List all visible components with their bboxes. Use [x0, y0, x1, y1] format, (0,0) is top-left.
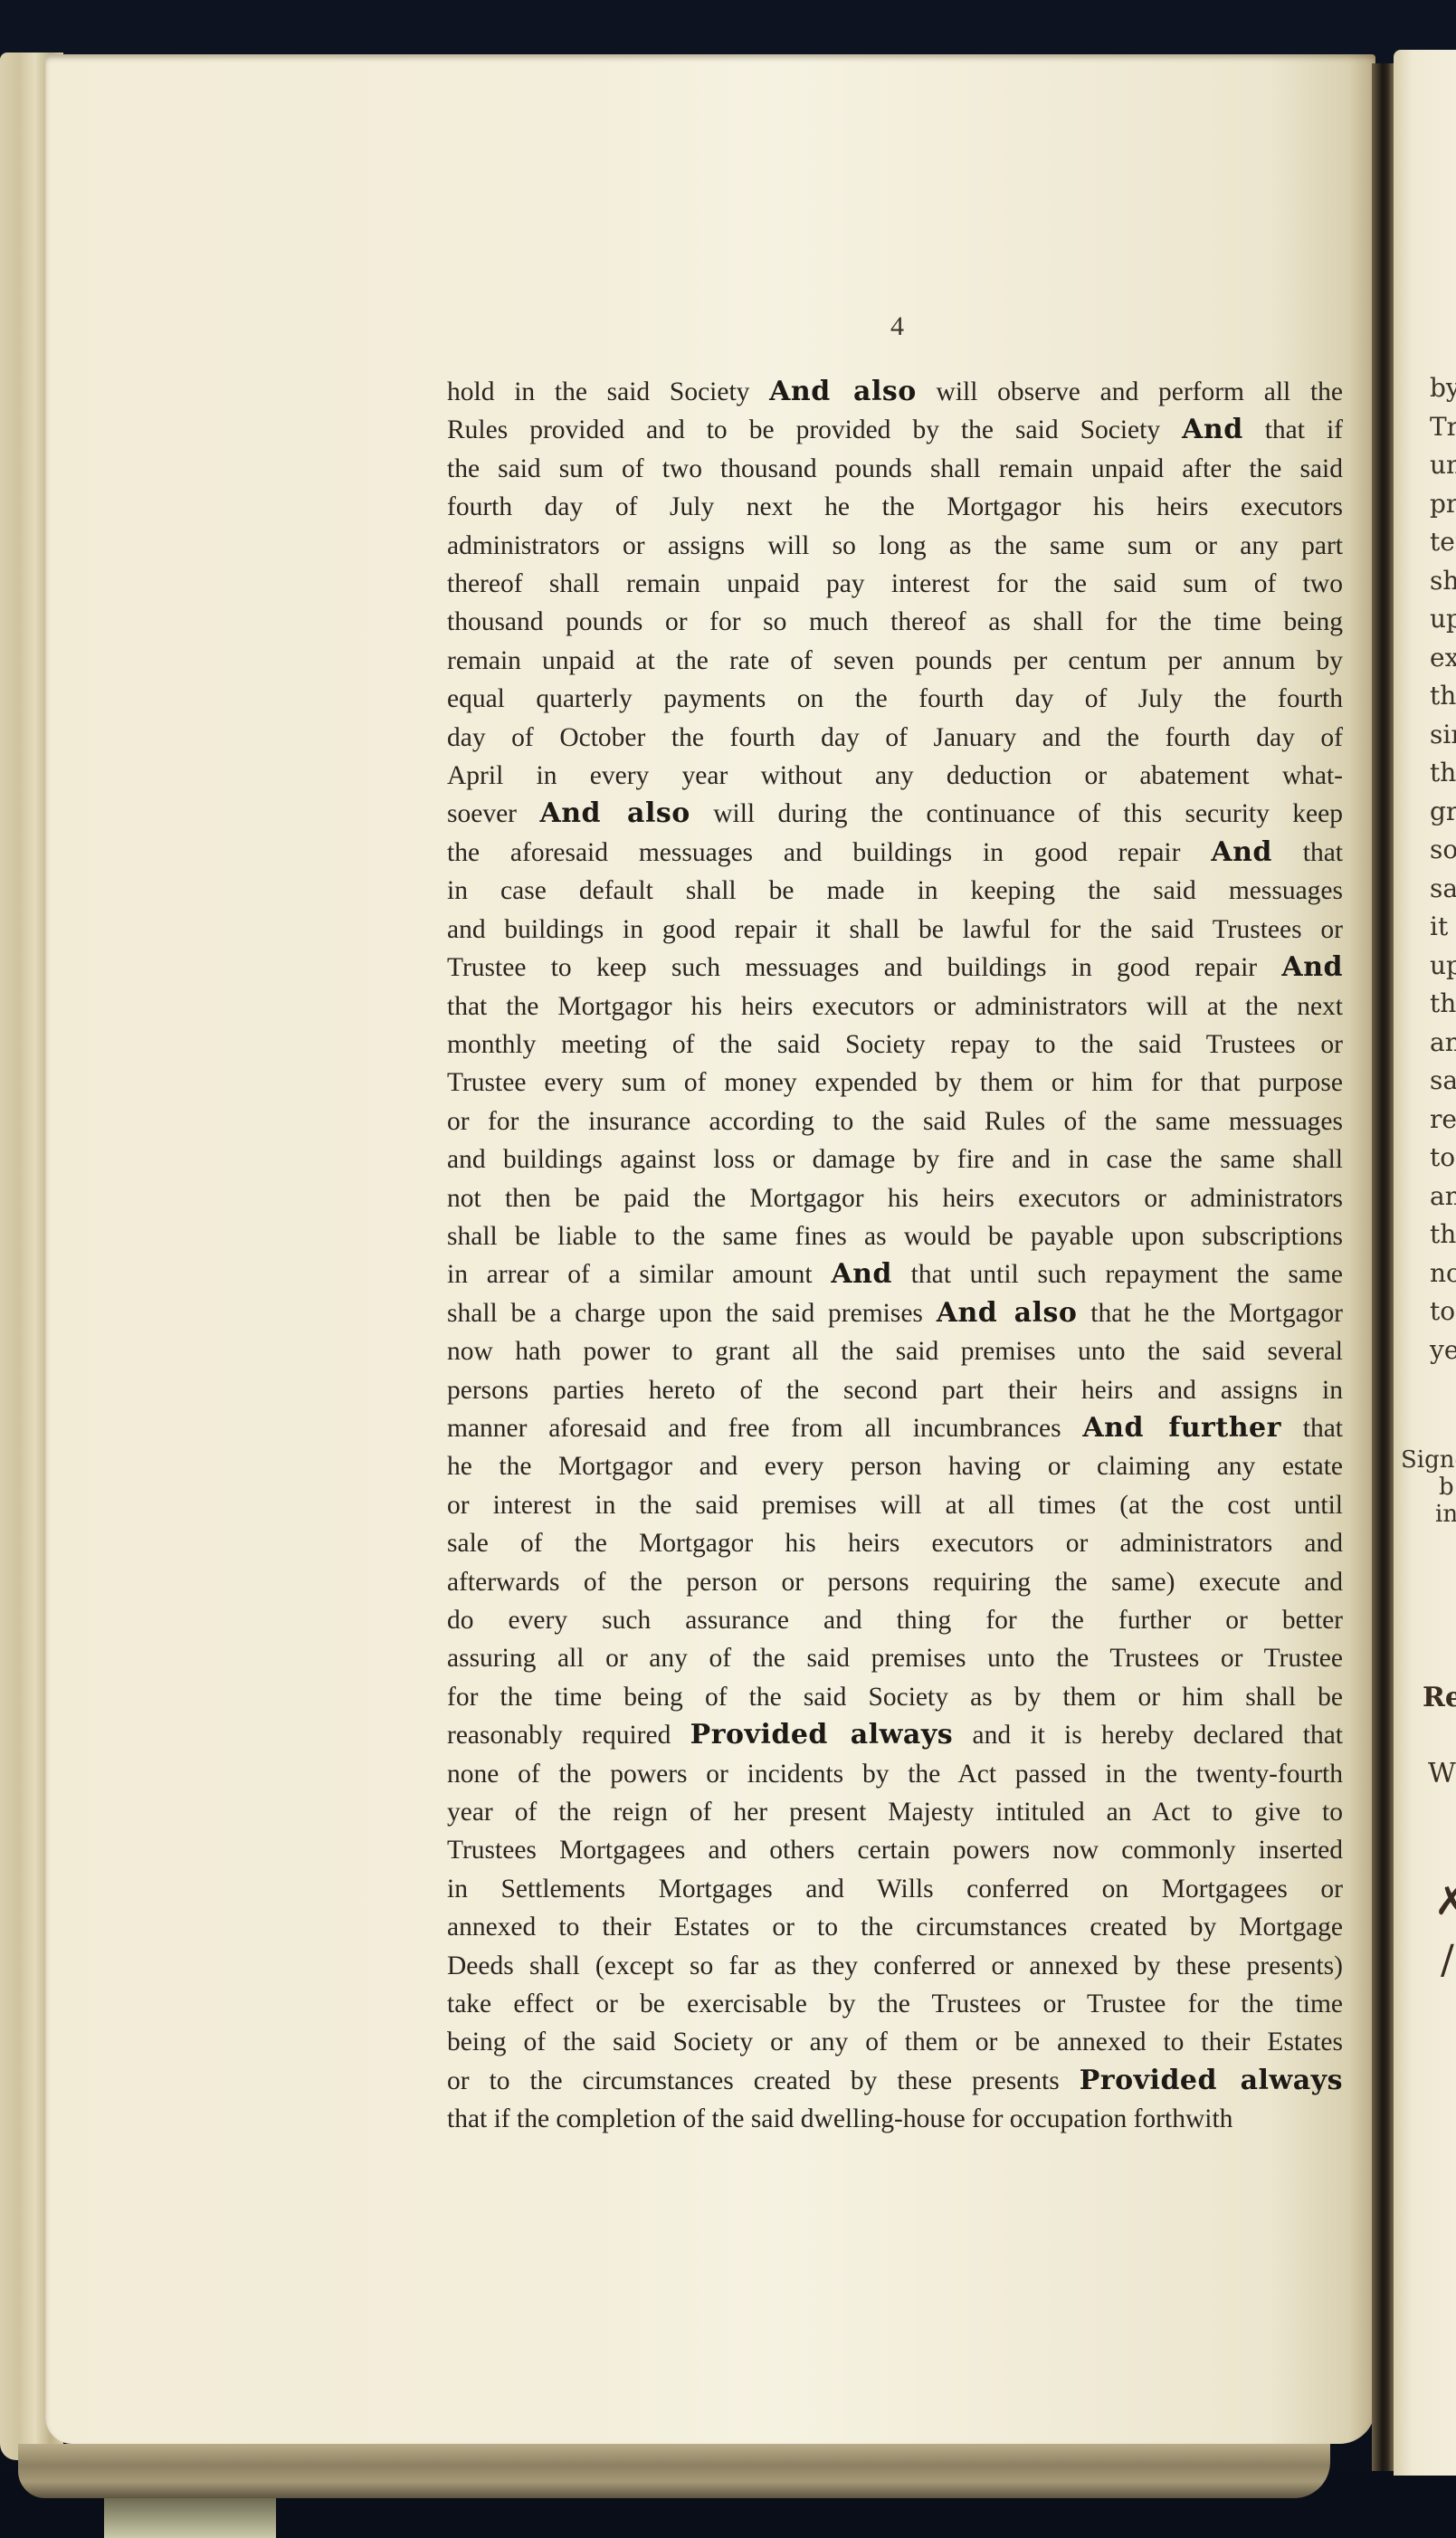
facing-page-fragment: to t: [1430, 1293, 1456, 1331]
document-body-text: hold in the said Society And also will o…: [447, 373, 1343, 2139]
blackletter-phrase: And: [1281, 951, 1343, 983]
text-segment: assuring all or any of the said premises…: [447, 1644, 1343, 1673]
text-segment: thousand pounds or for so much thereof a…: [447, 607, 1343, 636]
text-line: none of the powers or incidents by the A…: [447, 1755, 1343, 1793]
text-line: Trustees Mortgagees and others certain p…: [447, 1831, 1343, 1869]
handwritten-x-mark-icon: ✗: [1434, 1878, 1456, 1924]
text-segment: or for the insurance according to the sa…: [447, 1107, 1343, 1136]
handwritten-slash-mark-icon: /: [1441, 1937, 1454, 1983]
facing-page-fragment: it sl: [1430, 908, 1456, 947]
text-segment: in arrear of a similar amount: [447, 1260, 831, 1289]
text-line: thousand pounds or for so much thereof a…: [447, 603, 1343, 641]
page-number: 4: [890, 311, 904, 342]
text-line: the said sum of two thousand pounds shal…: [447, 450, 1343, 488]
text-segment: April in every year without any deductio…: [447, 761, 1343, 790]
text-line: annexed to their Estates or to the circu…: [447, 1908, 1343, 1946]
text-segment: that the Mortgagor his heirs executors o…: [447, 992, 1343, 1021]
text-segment: for the time being of the said Society a…: [447, 1683, 1343, 1712]
facing-page-fragment: und: [1430, 446, 1456, 485]
text-line: soever And also will during the continua…: [447, 795, 1343, 833]
text-line: or for the insurance according to the sa…: [447, 1102, 1343, 1140]
blackletter-phrase: And also: [539, 797, 690, 829]
facing-page-text-fragments: by tTruundproctenashalupoexecthesimitheg…: [1430, 369, 1456, 1369]
text-segment: and buildings against loss or damage by …: [447, 1145, 1343, 1174]
facing-page-fragment: not: [1430, 1255, 1456, 1293]
blackletter-phrase: And also: [769, 376, 917, 407]
facing-page-fragment: shal: [1430, 562, 1456, 601]
text-segment: now hath power to grant all the said pre…: [447, 1337, 1343, 1366]
text-line: shall be liable to the same fines as wou…: [447, 1217, 1343, 1255]
text-line: or interest in the said premises will at…: [447, 1486, 1343, 1524]
page-stack-bottom-edges: [18, 2444, 1330, 2498]
text-line: Trustee every sum of money expended by t…: [447, 1064, 1343, 1102]
text-line: April in every year without any deductio…: [447, 757, 1343, 795]
text-line: assuring all or any of the said premises…: [447, 1639, 1343, 1677]
facing-page-fragment: and: [1430, 1024, 1456, 1063]
text-line: remain unpaid at the rate of seven pound…: [447, 642, 1343, 680]
text-segment: soever: [447, 799, 539, 828]
text-segment: or interest in the said premises will at…: [447, 1491, 1343, 1520]
text-line: the aforesaid messuages and buildings in…: [447, 834, 1343, 872]
text-line: and buildings in good repair it shall be…: [447, 911, 1343, 949]
text-segment: that: [1272, 838, 1343, 867]
text-segment: remain unpaid at the rate of seven pound…: [447, 646, 1343, 675]
text-segment: year of the reign of her present Majesty…: [447, 1798, 1343, 1827]
text-segment: reasonably required: [447, 1721, 690, 1750]
text-line: administrators or assigns will so long a…: [447, 527, 1343, 565]
blackletter-phrase: And further: [1082, 1412, 1281, 1444]
text-segment: take effect or be exercisable by the Tru…: [447, 1989, 1343, 2018]
facing-page-fragment: proc: [1430, 485, 1456, 524]
text-line: in arrear of a similar amount And that u…: [447, 1255, 1343, 1293]
text-segment: shall be liable to the same fines as wou…: [447, 1222, 1343, 1251]
text-segment: do every such assurance and thing for th…: [447, 1606, 1343, 1635]
text-line: manner aforesaid and free from all incum…: [447, 1409, 1343, 1447]
facing-page-fragment: and: [1430, 1178, 1456, 1217]
text-segment: sale of the Mortgagor his heirs executor…: [447, 1529, 1343, 1558]
book-gutter: [1372, 63, 1395, 2471]
bookmark-tab: [104, 2498, 276, 2538]
facing-page-fragment: sam: [1430, 1062, 1456, 1101]
text-segment: manner aforesaid and free from all incum…: [447, 1414, 1082, 1443]
facing-page-fragment: resp: [1430, 1101, 1456, 1140]
blackletter-phrase: And: [831, 1258, 892, 1290]
text-segment: persons parties hereto of the second par…: [447, 1376, 1343, 1405]
text-line: hold in the said Society And also will o…: [447, 373, 1343, 411]
text-segment: afterwards of the person or persons requ…: [447, 1568, 1343, 1597]
text-segment: will during the continuance of this secu…: [690, 799, 1343, 828]
signed-fragment: Signed: [1401, 1446, 1456, 1474]
text-line: or to the circumstances created by these…: [447, 2062, 1343, 2100]
facing-page-fragment: year: [1430, 1331, 1456, 1370]
text-line: year of the reign of her present Majesty…: [447, 1793, 1343, 1831]
text-line: and buildings against loss or damage by …: [447, 1140, 1343, 1178]
text-segment: and buildings in good repair it shall be…: [447, 915, 1343, 944]
text-segment: in Settlements Mortgages and Wills confe…: [447, 1875, 1343, 1903]
text-segment: Deeds shall (except so far as they confe…: [447, 1951, 1343, 1980]
facing-page-fragment: the: [1430, 754, 1456, 793]
text-line: persons parties hereto of the second par…: [447, 1371, 1343, 1409]
text-line: thereof shall remain unpaid pay interest…: [447, 565, 1343, 603]
text-line: in case default shall be made in keeping…: [447, 872, 1343, 910]
text-line: fourth day of July next he the Mortgagor…: [447, 488, 1343, 526]
facing-page-fragment: exec: [1430, 639, 1456, 678]
text-segment: Trustee every sum of money expended by t…: [447, 1068, 1343, 1097]
facing-page-fragment: upo: [1430, 600, 1456, 639]
text-line: do every such assurance and thing for th…: [447, 1601, 1343, 1639]
text-segment: annexed to their Estates or to the circu…: [447, 1913, 1343, 1942]
blackletter-phrase: Provided always: [1080, 2065, 1343, 2096]
text-segment: that if: [1243, 415, 1343, 444]
text-segment: or to the circumstances created by these…: [447, 2066, 1080, 2095]
text-segment: the said sum of two thousand pounds shal…: [447, 454, 1343, 483]
facing-page-fragment: that: [1430, 1216, 1456, 1255]
text-segment: the aforesaid messuages and buildings in…: [447, 838, 1211, 867]
text-segment: fourth day of July next he the Mortgagor…: [447, 492, 1343, 521]
facing-page-fragment: so c: [1430, 831, 1456, 870]
text-segment: hold in the said Society: [447, 377, 769, 406]
text-segment: day of October the fourth day of January…: [447, 723, 1343, 752]
text-line: sale of the Mortgagor his heirs executor…: [447, 1524, 1343, 1562]
facing-page-fragment: by t: [1430, 369, 1456, 408]
text-segment: equal quarterly payments on the fourth d…: [447, 684, 1343, 713]
text-line: now hath power to grant all the said pre…: [447, 1332, 1343, 1370]
signed-fragment-3: in: [1401, 1501, 1456, 1528]
text-segment: being of the said Society or any of them…: [447, 2028, 1343, 2056]
facing-page-fragment: upo: [1430, 947, 1456, 986]
text-segment: thereof shall remain unpaid pay interest…: [447, 569, 1343, 598]
facing-page-fragment: the: [1430, 985, 1456, 1024]
text-line: afterwards of the person or persons requ…: [447, 1563, 1343, 1601]
text-segment: he the Mortgagor and every person having…: [447, 1452, 1343, 1481]
text-line: shall be a charge upon the said premises…: [447, 1294, 1343, 1332]
text-segment: that he the Mortgagor: [1077, 1299, 1343, 1328]
text-line: Rules provided and to be provided by the…: [447, 411, 1343, 449]
text-line: Deeds shall (except so far as they confe…: [447, 1947, 1343, 1985]
blackletter-phrase: And: [1182, 414, 1243, 445]
witness-fragment: Wi: [1428, 1758, 1456, 1789]
facing-page-fragment: simi: [1430, 716, 1456, 755]
facing-page-signature-block: Signed b in: [1401, 1446, 1456, 1528]
text-line: he the Mortgagor and every person having…: [447, 1447, 1343, 1485]
text-segment: Trustee to keep such messuages and build…: [447, 953, 1281, 982]
text-segment: not then be paid the Mortgagor his heirs…: [447, 1184, 1343, 1213]
text-line: equal quarterly payments on the fourth d…: [447, 680, 1343, 718]
text-segment: will observe and perform all the: [917, 377, 1343, 406]
text-line: take effect or be exercisable by the Tru…: [447, 1985, 1343, 2023]
text-line: being of the said Society or any of them…: [447, 2023, 1343, 2061]
text-segment: Trustees Mortgagees and others certain p…: [447, 1836, 1343, 1865]
blackletter-phrase: And: [1211, 836, 1272, 868]
facing-page-fragment: tena: [1430, 523, 1456, 562]
text-line: reasonably required Provided always and …: [447, 1716, 1343, 1754]
text-line: day of October the fourth day of January…: [447, 719, 1343, 757]
signed-fragment-2: b: [1401, 1474, 1456, 1501]
blackletter-phrase: Provided always: [690, 1719, 954, 1751]
text-line: for the time being of the said Society a…: [447, 1678, 1343, 1716]
text-line: Trustee to keep such messuages and build…: [447, 949, 1343, 987]
text-segment: and it is hereby declared that: [953, 1721, 1343, 1750]
text-segment: that if the completion of the said dwell…: [447, 2104, 1232, 2133]
text-segment: Rules provided and to be provided by the…: [447, 415, 1182, 444]
received-blackletter-fragment: Rec: [1423, 1682, 1456, 1713]
facing-page-fragment: the: [1430, 677, 1456, 716]
text-segment: none of the powers or incidents by the A…: [447, 1760, 1343, 1789]
facing-page-fragment: said: [1430, 870, 1456, 909]
facing-page-fragment: to tl: [1430, 1139, 1456, 1178]
text-segment: shall be a charge upon the said premises: [447, 1299, 937, 1328]
blackletter-phrase: And also: [937, 1297, 1078, 1329]
facing-page-fragment: Tru: [1430, 408, 1456, 447]
text-segment: administrators or assigns will so long a…: [447, 531, 1343, 560]
text-segment: monthly meeting of the said Society repa…: [447, 1030, 1343, 1059]
text-line: that if the completion of the said dwell…: [447, 2100, 1343, 2138]
facing-page-fragment: gran: [1430, 793, 1456, 832]
text-line: that the Mortgagor his heirs executors o…: [447, 988, 1343, 1026]
text-segment: that: [1281, 1414, 1343, 1443]
text-line: not then be paid the Mortgagor his heirs…: [447, 1179, 1343, 1217]
text-line: monthly meeting of the said Society repa…: [447, 1026, 1343, 1064]
text-segment: in case default shall be made in keeping…: [447, 876, 1343, 905]
text-segment: that until such repayment the same: [892, 1260, 1343, 1289]
text-line: in Settlements Mortgages and Wills confe…: [447, 1870, 1343, 1908]
